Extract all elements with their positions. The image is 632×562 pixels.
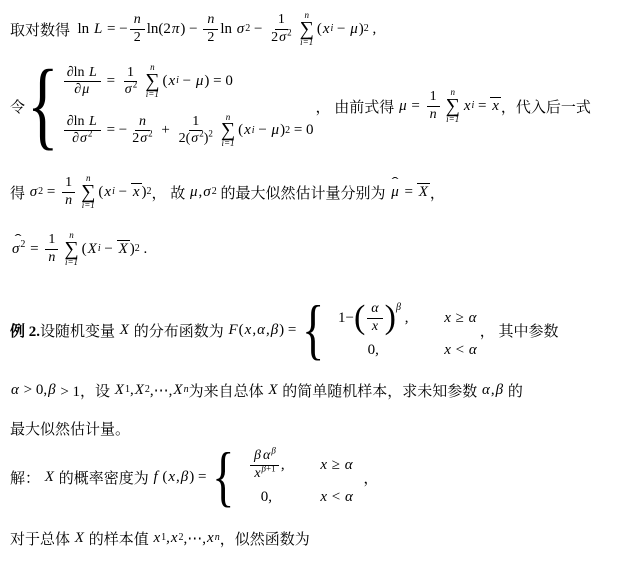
mle-statement-line: 最大似然估计量。: [10, 416, 130, 440]
document-page: 取对数得 ln L = −n2ln(2π) − n2ln σ2 − 12σ2n∑…: [0, 0, 632, 562]
derivative-equation-system-line: 令{∂ln L∂μ = 1σ2n∑i=1(xi − μ) = 0∂ln L∂σ2…: [10, 56, 591, 156]
example-2-distribution-line: 例 2.设随机变量 X 的分布函数为 F(x,α,β) = {1−(αx)β ,…: [10, 290, 559, 370]
solution-density-line: 解： X 的概率密度为 f (x,β) = {βαβxβ+1,x ≥ α0,x …: [10, 444, 378, 510]
log-likelihood-formula-line: 取对数得 ln L = −n2ln(2π) − n2ln σ2 − 12σ2n∑…: [10, 6, 376, 52]
sigma-squared-estimate-line: 得 σ2 = 1nn∑i=1(xi − x)2， 故 μ,σ2 的最大似然估计量…: [10, 168, 445, 216]
sigma-hat-formula-line: ˆσ2 = 1nn∑i=1(Xi − X)2 .: [10, 224, 147, 274]
parameter-conditions-line: α > 0,β > 1，设 X1,X2,⋯,Xn为来自总体 X 的简单随机样本，…: [10, 378, 523, 402]
likelihood-intro-line: 对于总体 X 的样本值 x1,x2,⋯,xn，似然函数为: [10, 526, 310, 550]
